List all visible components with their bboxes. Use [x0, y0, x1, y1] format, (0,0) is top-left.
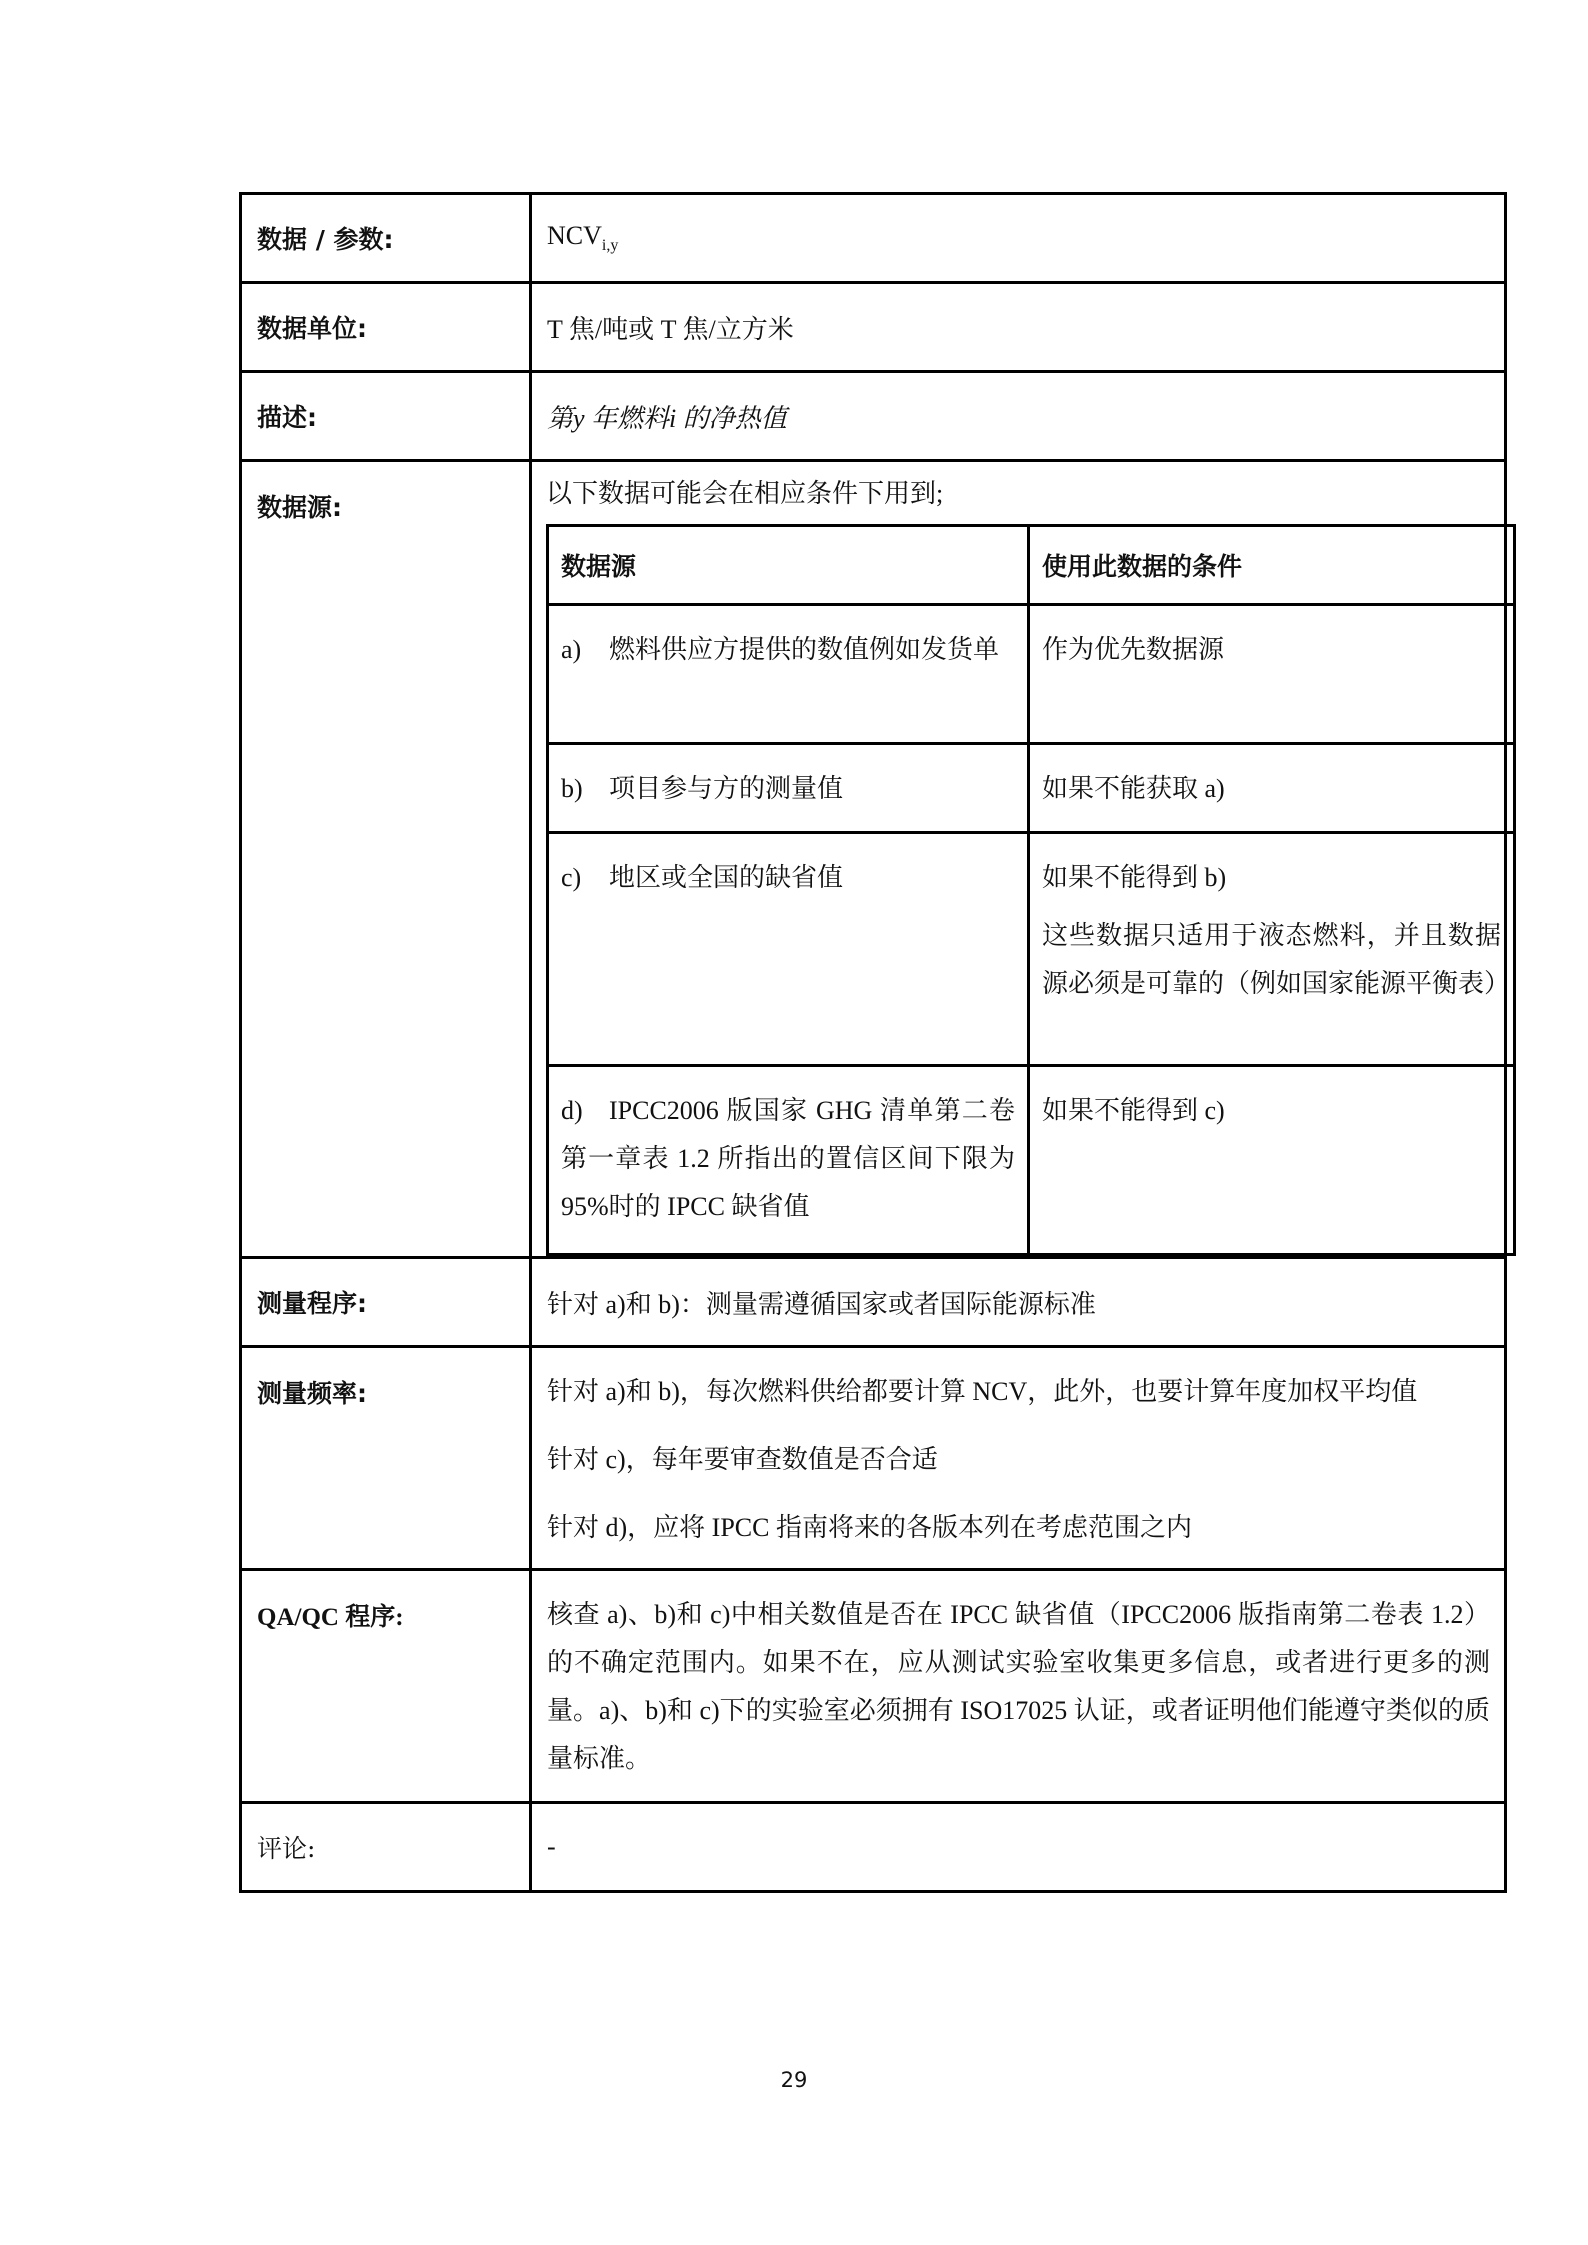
condition-cell: 作为优先数据源 [1029, 605, 1515, 744]
row-data-source: 数据源: 以下数据可能会在相应条件下用到; 数据源 使用此数据的条件 a)燃料供… [241, 461, 1506, 1258]
source-text: 燃料供应方提供的数值例如发货单 [609, 635, 999, 664]
qaqc-text: 核查 a)、b)和 c)中相关数值是否在 IPCC 缺省值（IPCC2006 版… [547, 1591, 1490, 1783]
condition-note: 这些数据只适用于液态燃料，并且数据源必须是可靠的（例如国家能源平衡表） [1042, 912, 1501, 1008]
parameter-table: 数据 / 参数: NCVi,y 数据单位: T 焦/吨或 T 焦/立方米 描述:… [239, 192, 1507, 1893]
condition-text: 如果不能获取 a) [1042, 774, 1225, 803]
qaqc-value: 核查 a)、b)和 c)中相关数值是否在 IPCC 缺省值（IPCC2006 版… [531, 1570, 1506, 1803]
procedure-value: 针对 a)和 b)：测量需遵循国家或者国际能源标准 [531, 1258, 1506, 1347]
condition-cell: 如果不能获取 a) [1029, 744, 1515, 833]
frequency-line: 针对 a)和 b)，每次燃料供给都要计算 NCV，此外，也要计算年度加权平均值 [547, 1358, 1490, 1426]
comment-value: - [531, 1803, 1506, 1892]
comment-label: 评论: [241, 1803, 531, 1892]
condition-text: 作为优先数据源 [1042, 635, 1224, 664]
subtable-header-source: 数据源 [548, 526, 1029, 605]
source-value: 以下数据可能会在相应条件下用到; 数据源 使用此数据的条件 a)燃料供应方提供的… [531, 461, 1506, 1258]
row-parameter: 数据 / 参数: NCVi,y [241, 194, 1506, 283]
condition-cell: 如果不能得到 c) [1029, 1066, 1515, 1255]
subtable-row: a)燃料供应方提供的数值例如发货单 作为优先数据源 [548, 605, 1515, 744]
subtable-header: 数据源 使用此数据的条件 [548, 526, 1515, 605]
subtable-row: c)地区或全国的缺省值 如果不能得到 b) 这些数据只适用于液态燃料，并且数据源… [548, 833, 1515, 1066]
source-text: 地区或全国的缺省值 [609, 863, 843, 892]
subtable-header-condition: 使用此数据的条件 [1029, 526, 1515, 605]
row-procedure: 测量程序: 针对 a)和 b)：测量需遵循国家或者国际能源标准 [241, 1258, 1506, 1347]
source-label: 数据源: [241, 461, 531, 1258]
subtable-row: d)IPCC2006 版国家 GHG 清单第二卷第一章表 1.2 所指出的置信区… [548, 1066, 1515, 1255]
condition-cell: 如果不能得到 b) 这些数据只适用于液态燃料，并且数据源必须是可靠的（例如国家能… [1029, 833, 1515, 1066]
description-label: 描述: [241, 372, 531, 461]
param-label: 数据 / 参数: [241, 194, 531, 283]
page-number: 29 [0, 2068, 1588, 2092]
source-text: IPCC2006 版国家 GHG 清单第二卷第一章表 1.2 所指出的置信区间下… [561, 1096, 1015, 1221]
row-letter: a) [561, 626, 609, 674]
frequency-value: 针对 a)和 b)，每次燃料供给都要计算 NCV，此外，也要计算年度加权平均值 … [531, 1347, 1506, 1570]
row-description: 描述: 第y 年燃料i 的净热值 [241, 372, 1506, 461]
row-letter: c) [561, 854, 609, 902]
source-cell: c)地区或全国的缺省值 [548, 833, 1029, 1066]
source-intro: 以下数据可能会在相应条件下用到; [546, 476, 1496, 512]
condition-text: 如果不能得到 b) [1042, 854, 1501, 902]
param-value-subscript: i,y [602, 237, 618, 254]
description-value: 第y 年燃料i 的净热值 [531, 372, 1506, 461]
param-value-main: NCV [547, 221, 602, 250]
frequency-label: 测量频率: [241, 1347, 531, 1570]
frequency-line: 针对 c)，每年要审查数值是否合适 [547, 1426, 1490, 1494]
row-qaqc: QA/QC 程序: 核查 a)、b)和 c)中相关数值是否在 IPCC 缺省值（… [241, 1570, 1506, 1803]
source-cell: a)燃料供应方提供的数值例如发货单 [548, 605, 1029, 744]
condition-text: 如果不能得到 c) [1042, 1096, 1225, 1125]
procedure-label: 测量程序: [241, 1258, 531, 1347]
source-subtable: 数据源 使用此数据的条件 a)燃料供应方提供的数值例如发货单 作为优先数据源 b… [546, 524, 1516, 1256]
qaqc-label: QA/QC 程序: [241, 1570, 531, 1803]
source-text: 项目参与方的测量值 [609, 774, 843, 803]
source-cell: d)IPCC2006 版国家 GHG 清单第二卷第一章表 1.2 所指出的置信区… [548, 1066, 1029, 1255]
unit-label: 数据单位: [241, 283, 531, 372]
subtable-row: b)项目参与方的测量值 如果不能获取 a) [548, 744, 1515, 833]
frequency-line: 针对 d)，应将 IPCC 指南将来的各版本列在考虑范围之内 [547, 1494, 1490, 1562]
source-cell: b)项目参与方的测量值 [548, 744, 1029, 833]
row-comment: 评论: - [241, 1803, 1506, 1892]
unit-value: T 焦/吨或 T 焦/立方米 [531, 283, 1506, 372]
row-letter: d) [561, 1087, 609, 1135]
param-value: NCVi,y [531, 194, 1506, 283]
row-unit: 数据单位: T 焦/吨或 T 焦/立方米 [241, 283, 1506, 372]
row-frequency: 测量频率: 针对 a)和 b)，每次燃料供给都要计算 NCV，此外，也要计算年度… [241, 1347, 1506, 1570]
row-letter: b) [561, 765, 609, 813]
